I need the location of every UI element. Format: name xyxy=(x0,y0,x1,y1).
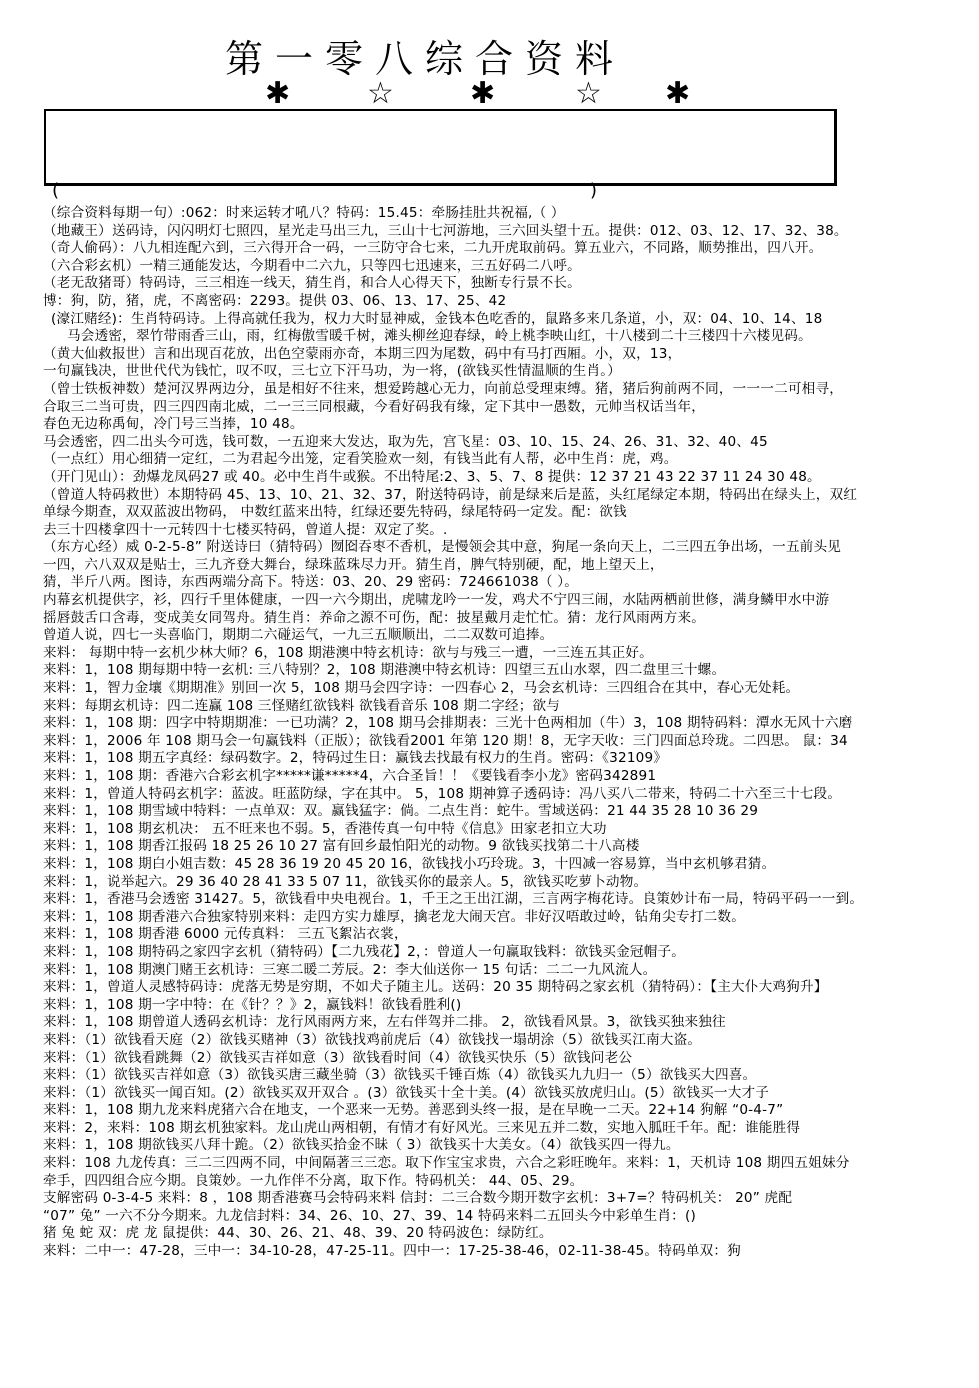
text-line: 春色无边称禹甸，冷门号三当捧，10 48。 xyxy=(43,416,963,434)
text-line: 猜，半斤八两。图诗，东西两端分高下。特送：03、20、29 密码：7246610… xyxy=(43,574,963,592)
text-line: 支解密码 0-3-4-5 来料：8 ，108 期香港赛马会特码来料 信封：二三合… xyxy=(43,1190,963,1208)
document-body: （综合资料每期一句）:062：时来运转才吼八？特码：15.45：牵肠挂肚共祝福,… xyxy=(43,205,963,1261)
close-paren: ) xyxy=(590,180,597,201)
text-line: 来料：1，108 期雪域中特料：一点单双：双。赢钱猛字：倘。二点生肖：蛇牛。雪域… xyxy=(43,803,963,821)
text-line: 来料：1，108 期欲钱买八拜十跪。（2）欲钱买拾金不昧（ 3）欲钱买十大美女。… xyxy=(43,1137,963,1155)
text-line: （综合资料每期一句）:062：时来运转才吼八？特码：15.45：牵肠挂肚共祝福,… xyxy=(43,205,963,223)
text-line: 来料：1，108 期九龙来料虎猪六合在地支，一个恶来一无势。善恶到头终一报，是在… xyxy=(43,1102,963,1120)
text-line: 来料：1，108 期曾道人透码玄机诗：龙行风雨两方来，左右伴驾并二排。 2，欲钱… xyxy=(43,1014,963,1032)
asterisk-icon: ✱ xyxy=(470,78,495,110)
text-line: 来料：（1）欲钱买一闻百知。(2）欲钱买双开双合 。(3）欲钱买十全十美。(4）… xyxy=(43,1085,963,1103)
star-decoration-row: ✱ ☆ ✱ ☆ ✱ xyxy=(265,78,705,110)
text-line: 摇唇鼓舌口含毒，变成美女同驾舟。猜生肖：养命之源不可伤，配：披星戴月走忙忙。猜：… xyxy=(43,610,963,628)
text-line: 马会透密，四二出头今可选，钱可数，一五迎来大发达，取为先，宫飞星：03、10、1… xyxy=(43,434,963,452)
text-line: 博：狗，防，猪，虎，不离密码：2293。提供 03、06、13、17、25、42 xyxy=(43,293,963,311)
text-line: 一四，六八双双是贴士，三九齐登大舞台，绿珠蓝珠尽力开。猜生肖，脾气特别硬，配，地… xyxy=(43,557,963,575)
text-line: 来料：二中一：47-28，三中一：34-10-28，47-25-11。四中一：1… xyxy=(43,1243,963,1261)
text-line: （曾士铁板神数）楚河汉界两边分，虽是相好不往来，想爱跨越心无力，向前总受理束缚。… xyxy=(43,381,963,399)
text-line: 来料：（1）欲钱看天庭（2）欲钱买赌神（3）欲钱找鸡前虎后（4）欲钱找一塌胡涂（… xyxy=(43,1032,963,1050)
text-line: 来料：108 九龙传真：三二三四两不同，中间隔著三三恋。取下作宝宝求贵，六合之彩… xyxy=(43,1155,963,1173)
text-line: 来料：1，108 期香港六合独家特别来料：走四方实力雄厚，擒老龙大闹天宫。非好汉… xyxy=(43,909,963,927)
text-line: 去三十四楼拿四十一元转四十七楼买特码，曾道人提：双定了奖。. xyxy=(43,522,963,540)
text-line: 来料：1，108 期香港 6000 元传真料： 三五飞絮沾衣裳， xyxy=(43,926,963,944)
text-line: （开门见山）：劲爆龙凤码27 或 40。必中生肖牛或猴。不出特尾:2、3、5、7… xyxy=(43,469,963,487)
text-line: 来料： 每期中特一玄机少林大师？6，108 期港澳中特玄机诗：欲与与残三一遭，一… xyxy=(43,645,963,663)
text-line: 来料：1，108 期一字中特：在《针？？》2，赢钱料！欲钱看胜利() xyxy=(43,997,963,1015)
text-line: 来料：1，智力金壤《期期准》别回一次 5，108 期马会四字诗：一四春心 2，马… xyxy=(43,680,963,698)
text-line: （地藏王）送码诗，闪闪明灯七照四，星光走马出三九，三山十七河游地，三六回头望十五… xyxy=(43,223,963,241)
text-line: （曾道人特码救世）本期特码 45、13、10、21、32、37，附送特码诗，前是… xyxy=(43,487,963,505)
text-line: 来料：（1）欲钱买吉祥如意（3）欲钱买唐三藏坐骑（3）欲钱买千锤百炼（4）欲钱买… xyxy=(43,1067,963,1085)
text-line: 来料：1，108 期玄机决： 五不旺来也不弱。5，香港传真一句中特《信息》田家老… xyxy=(43,821,963,839)
page-title: 第一零八综合资料 xyxy=(225,28,665,83)
text-line: 来料：1，108 期白小姐吉数：45 28 36 19 20 45 20 16，… xyxy=(43,856,963,874)
text-line: 单绿今期查，双双蓝波出物码， 中数红蓝来出特，红绿还要先特码，绿尾特码一定发。配… xyxy=(43,504,963,522)
text-line: 马会透密，翠竹带雨香三山，雨，红梅傲雪暖千树，滩头柳丝迎春绿，岭上桃李映山红，十… xyxy=(43,328,963,346)
text-line: 曾道人说，四七一头喜临门，期期二六碰运气，一九三五顺顺出，二二双数可追捧。 xyxy=(43,627,963,645)
text-line: 合取三二当可贵，四三四四南北威，二一三三同根藏，今看好码我有缘，定下其中一愚数，… xyxy=(43,399,963,417)
text-line: 一句赢钱决，世世代代为钱忙，叹不叹，三七立下汗马功，为一将，(欲钱买性情温顺的生… xyxy=(43,363,963,381)
text-line: 来料：1，108 期香江报码 18 25 26 10 27 富有回乡最怕阳光的动… xyxy=(43,838,963,856)
asterisk-icon: ✱ xyxy=(665,78,690,110)
text-line: 来料：1，108 期：香港六合彩玄机字*****谦*****4，六合圣旨！！《要… xyxy=(43,768,963,786)
text-line: 来料：2，来料：108 期玄机独家料。龙山虎山两相朝，有情才有好风光。三来见五并… xyxy=(43,1120,963,1138)
text-line: 来料：1，香港马会透密 31427。5，欲钱看中央电视台。1，千王之王出江湖，三… xyxy=(43,891,963,909)
text-line: 来料：1，说举起六。29 36 40 28 41 33 5 07 11，欲钱买你… xyxy=(43,874,963,892)
text-line: 来料：1，108 期每期中特一玄机: 三八特别？2，108 期港澳中特玄机诗：四… xyxy=(43,662,963,680)
text-line: （老无敌猪哥）特码诗，三三相连一线天，猜生肖，和合人心得天下，独断专行景不长。 xyxy=(43,275,963,293)
text-line: 来料：1，2006 年 108 期马会一句赢钱料（正版）；欲钱看2001 年第 … xyxy=(43,733,963,751)
text-line: 内幕玄机提供字，衫，四行千里体健康，一四一六今期出，虎啸龙吟一一发，鸡犬不宁四三… xyxy=(43,592,963,610)
asterisk-icon: ✱ xyxy=(265,78,290,110)
text-line: 来料：每期玄机诗：四二连赢 108 三怪赌红欲钱料 欲钱看音乐 108 期二字经… xyxy=(43,698,963,716)
text-line: 来料：1，108 期五字真经：绿码数字。2，特码过生日：赢钱去找最有权力的生肖。… xyxy=(43,750,963,768)
text-line: 来料：1，曾道人特码玄机字：蓝波。旺蓝防绿，字在其中。 5，108 期神算子透码… xyxy=(43,786,963,804)
star-outline-icon: ☆ xyxy=(575,78,602,110)
text-line: （一点红）用心细猜一定红，二为君起今出笼，定看笑脸欢一刻，有钱当此有人帮，必中生… xyxy=(43,451,963,469)
empty-banner-box xyxy=(44,109,837,186)
text-line: (濠江赌经)：生肖特码诗。上得高就任我为，权力大时显神威，金钱本色吃香的，鼠路多… xyxy=(43,311,963,329)
text-line: （六合彩玄机）一精三通能发达，今期看中二六九，只等四七迅速来，三五好码二八呼。 xyxy=(43,258,963,276)
text-line: 猪 兔 蛇 双：虎 龙 鼠提供：44、30、26、21、48、39、20 特码波… xyxy=(43,1225,963,1243)
text-line: （奇人偷码）：八九相连配六到，三六得开合一码，一三防守合七来，二九开虎取前码。算… xyxy=(43,240,963,258)
open-paren: ( xyxy=(52,180,59,201)
text-line: （东方心经）威 0-2-5-8” 附送诗曰（猜特码）囫囵吞枣不香机，是慢领会其中… xyxy=(43,539,963,557)
text-line: （黄大仙救报世）言和出现百花放，出色空蒙雨亦奇，本期三四为尾数，码中有马打西厢。… xyxy=(43,346,963,364)
text-line: “07” 兔” 一六不分今期来。九龙信封料：34、26、10、27、39、14 … xyxy=(43,1208,963,1226)
text-line: 来料：1，108 期：四字中特期期准：一已功满？2，108 期马会排期表：三光十… xyxy=(43,715,963,733)
text-line: 来料：1，108 期特码之家四字玄机（猜特码）【二九残花】2，：曾道人一句赢取钱… xyxy=(43,944,963,962)
text-line: 牵手，四四组合应今期。良策妙。一九作伴不分离，取下作。特码机关： 44、05、2… xyxy=(43,1173,963,1191)
text-line: 来料：（1）欲钱看跳舞（2）欲钱买吉祥如意（3）欲钱看时间（4）欲钱买快乐（5）… xyxy=(43,1050,963,1068)
text-line: 来料：1，曾道人灵感特码诗：虎落无势是穷期，不如犬子随主儿。送码：20 35 期… xyxy=(43,979,963,997)
star-outline-icon: ☆ xyxy=(367,78,394,110)
text-line: 来料：1，108 期澳门赌王玄机诗：三寒二暖二芳辰。2：李大仙送你一 15 句话… xyxy=(43,962,963,980)
